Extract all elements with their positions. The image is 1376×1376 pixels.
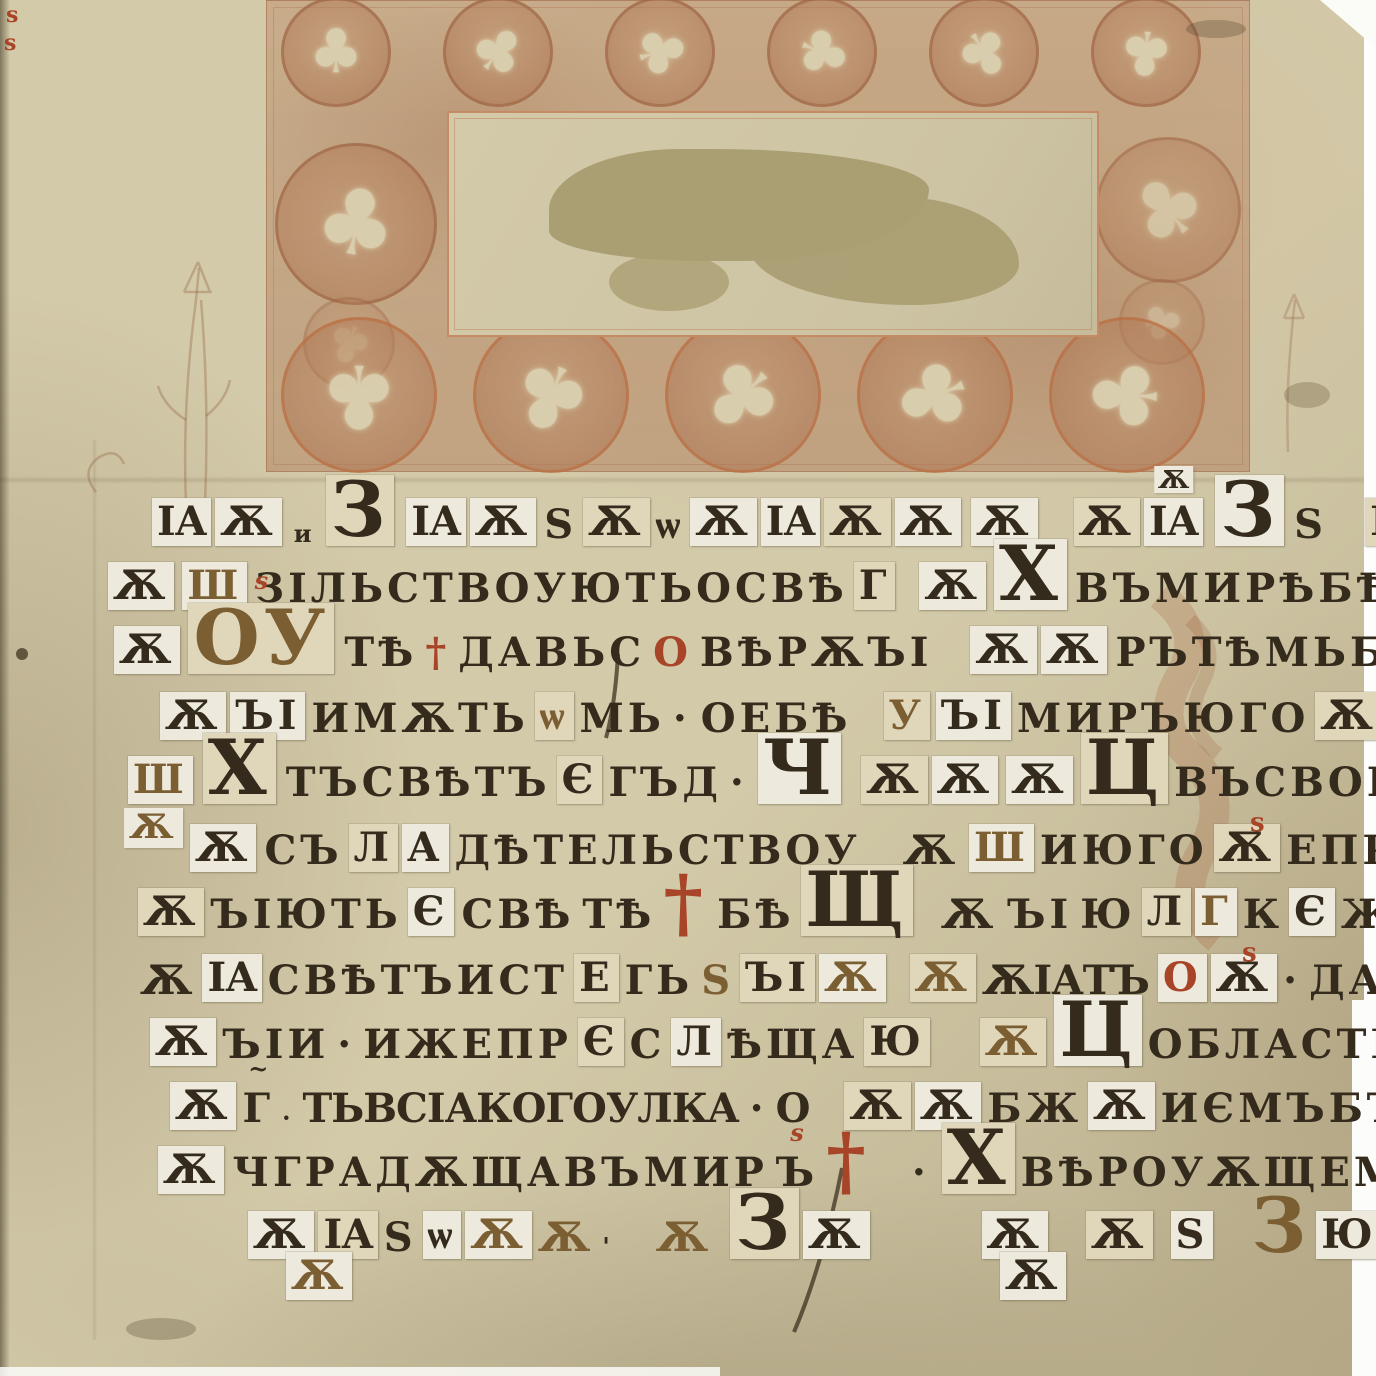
- text-segment: БѢ: [715, 894, 796, 936]
- text-segment: Л: [1142, 888, 1191, 936]
- text-segment: ': [600, 1234, 615, 1259]
- text-segment: Л: [671, 1018, 720, 1066]
- text-segment: ОУѕ: [188, 603, 334, 674]
- text-segment: ЖЕНХЪПРИ: [1339, 894, 1376, 936]
- erased-title-blotch: [609, 253, 729, 311]
- text-segment: Ѫ: [824, 498, 890, 546]
- red-scribal-mark: ѕ: [1248, 810, 1271, 837]
- text-segment: Ѫ: [803, 1211, 869, 1259]
- text-line: ѪОУѕТѢ†ДАВЬСОВѢРѪЪІѪѪРЪТѢМЬБЪІСТЬ·ИШ: [112, 620, 1376, 674]
- text-segment: ИЄМЪБЪІТ: [1159, 1088, 1376, 1130]
- text-segment: С: [628, 1024, 668, 1066]
- ornament-medallion: ♣: [605, 0, 715, 107]
- text-segment: Ѫ: [170, 1082, 236, 1130]
- text-segment: Ѫ: [895, 498, 961, 546]
- text-segment: А: [402, 824, 449, 872]
- trefoil-leaf-icon: ♣: [458, 12, 537, 92]
- text-line: ѪГ~·ТЬВСІАКОГОУЛКА·ОѪѪБЖѪИЄМЪБЪІТАГѪ: [168, 1076, 1376, 1130]
- text-segment: Ц: [1054, 995, 1141, 1066]
- text-segment: Є: [557, 756, 603, 804]
- text-segment: К: [1241, 894, 1285, 936]
- text-line: ѪІАЅѡѪѪ'ѪЗѪѪѪЅЗЮѪІАѪ: [246, 1205, 1376, 1259]
- ornament-medallion: ♣: [275, 143, 437, 305]
- trefoil-leaf-icon: ♣: [880, 343, 989, 447]
- text-segment: Г: [1195, 888, 1237, 936]
- text-segment: Ѫ: [150, 1018, 216, 1066]
- text-segment: ·: [910, 1152, 932, 1194]
- text-segment: Ѫ: [910, 954, 976, 1002]
- text-segment: ИМѪТЬ: [309, 698, 530, 740]
- text-segment: ѡ: [423, 1211, 462, 1259]
- text-segment: Ѫ: [138, 960, 198, 1002]
- text-segment: Є: [408, 888, 454, 936]
- text-segment: ОБЛАСТЬЧАД: [1146, 1024, 1376, 1066]
- text-segment: Е: [574, 954, 619, 1002]
- trefoil-leaf-icon: ♣: [945, 12, 1022, 91]
- red-scribal-mark: ѕ: [2, 32, 22, 55]
- text-segment: ІА: [202, 954, 261, 1002]
- superscript-letter: Ѫ: [1154, 466, 1194, 493]
- text-segment: Ѫ: [1088, 1082, 1154, 1130]
- text-segment: ЪІ: [1005, 894, 1074, 936]
- trefoil-leaf-icon: ♣: [320, 352, 398, 439]
- headpiece-ornament: ♣♣♣♣♣♣♣♣♣♣♣♣♣♣♣: [266, 0, 1250, 472]
- text-segment: Ѫ: [919, 562, 985, 610]
- right-margin-plant: [1284, 294, 1304, 452]
- text-segment: и: [292, 521, 318, 546]
- ornament-medallion: ♣: [443, 0, 553, 107]
- page-edge-left: [0, 0, 10, 1376]
- text-segment: Щ: [801, 865, 913, 936]
- text-segment: ТЪСВѢТЪ: [284, 762, 553, 804]
- text-segment: ·: [748, 1088, 770, 1130]
- text-segment: ВѢРОУѪЩЕМЪВЪ: [1019, 1152, 1376, 1194]
- text-line: ѪЪІЮТЬЄСВѢТѢ†БѢЩѪЪІЮЛГКЄЖЕНХЪПРИѡѪ: [136, 882, 1376, 936]
- text-segment: Ѕ: [382, 1217, 419, 1259]
- stray-letter: Ѫ: [286, 1252, 352, 1300]
- ornament-medallion: ♣: [929, 0, 1039, 107]
- text-segment: З: [730, 1188, 799, 1259]
- text-segment: ІА: [406, 498, 465, 546]
- text-segment: ·: [280, 1105, 296, 1130]
- text-segment: СЪ: [262, 830, 344, 872]
- ornament-medallion: ♣: [473, 317, 629, 473]
- text-segment: Г~: [240, 1088, 276, 1130]
- text-segment: З: [326, 475, 395, 546]
- ink-spot: [16, 648, 28, 660]
- left-margin-plant: [88, 262, 230, 505]
- ornament-medallion: ♣: [281, 317, 437, 473]
- text-segment: ІА: [761, 498, 820, 546]
- text-segment: Є: [578, 1018, 624, 1066]
- text-segment: Х: [942, 1123, 1015, 1194]
- text-segment: Х: [203, 733, 276, 804]
- crease: [92, 440, 97, 1340]
- title-panel: [447, 111, 1099, 337]
- text-segment: Ѫ: [819, 954, 885, 1002]
- text-segment: ШѪ: [128, 756, 193, 804]
- text-segment: ЪІИ: [220, 1024, 331, 1066]
- text-segment: Ѫ: [470, 498, 536, 546]
- text-segment: Ѫ: [690, 498, 756, 546]
- text-segment: ІА: [152, 498, 211, 546]
- red-breathing-mark: ѕ: [790, 1120, 804, 1145]
- ornament-medallion: ♣: [1095, 137, 1241, 283]
- text-segment: Ц: [1081, 733, 1168, 804]
- text-segment: ІАѪ: [1144, 498, 1203, 546]
- erased-title-blotch: [749, 197, 1019, 305]
- ornament-medallion: ♣: [281, 0, 391, 107]
- trefoil-leaf-icon: ♣: [1117, 20, 1176, 84]
- text-segment: ТѢ: [342, 632, 419, 674]
- text-segment: Ѫ: [1006, 756, 1072, 804]
- text-segment: Л: [349, 824, 398, 872]
- text-segment: ВЪМИРѢБѢ·ИМ: [1073, 568, 1376, 610]
- text-segment: МЬ: [578, 698, 667, 740]
- text-segment: ИЮГО: [1038, 830, 1210, 872]
- stacked-letter: Ѫ: [124, 808, 183, 848]
- text-segment: ·: [728, 762, 750, 804]
- text-line: ѪЪІИ·ИЖЕПРЄСЛѢЩАЮѪЦОБЛАСТЬЧАДЄМЪЪІѪ: [148, 1012, 1376, 1066]
- text-line: ІАѪиЗІАѪЅѪѡѪІАѪѪѪѪІАѪЗЅІАѪѪѡ·ІАѪѪѪ: [150, 492, 1376, 546]
- text-segment: ГЪД: [606, 762, 723, 804]
- text-segment: Г: [854, 562, 896, 610]
- text-segment: Ѫ: [465, 1211, 531, 1259]
- red-breathing-mark: ѕ: [255, 571, 269, 591]
- text-line: ѪСЪЛАДѢТЕЛЬСТВОУѪШИЮГОѪЕПРИІАША†ѕѪѪ: [188, 818, 1376, 872]
- text-segment: Х: [994, 539, 1067, 610]
- trefoil-leaf-icon: ♣: [498, 340, 604, 451]
- text-segment: Ѫ: [939, 894, 999, 936]
- text-segment: Ѫ: [1041, 626, 1107, 674]
- text-segment: Є: [1289, 888, 1335, 936]
- text-segment: ЧГРАДѪЩАВЪМИР: [230, 1152, 769, 1194]
- text-segment: ВѢРѪЪІ: [698, 632, 935, 674]
- text-segment: ѢЩА: [725, 1024, 861, 1066]
- text-line: ШѪХТЪСВѢТЪЄГЪД·ЧѪѪѪЦВЪСВОІАПРОДЕ·ИСВОѪ: [126, 750, 1376, 804]
- text-segment: ТЬВСІАКОГОУЛКА: [300, 1088, 743, 1130]
- text-segment: Ѕ: [1171, 1211, 1214, 1259]
- text-segment: ДАСТЬ: [1307, 960, 1376, 1002]
- text-segment: Ѫ: [1074, 498, 1140, 546]
- text-segment: Ѫ: [536, 1217, 596, 1259]
- manuscript-page: ♣♣♣♣♣♣♣♣♣♣♣♣♣♣♣ ІАѪиЗІАѪЅѪѡѪІАѪѪѪѪІАѪЗЅІ…: [0, 0, 1376, 1376]
- text-segment: З: [1249, 1194, 1312, 1259]
- trefoil-leaf-icon: ♣: [685, 337, 802, 454]
- text-segment: Ѫ: [932, 756, 998, 804]
- text-segment: ЪІ: [740, 954, 815, 1002]
- stray-letter: Ѫ: [1000, 1252, 1066, 1300]
- text-segment: Ѕ: [1292, 504, 1329, 546]
- trefoil-leaf-icon: ♣: [624, 18, 697, 86]
- text-segment: †: [824, 1129, 872, 1194]
- text-segment: ДАВЬС: [456, 632, 647, 674]
- ornament-medallion: ♣: [857, 317, 1013, 473]
- superscript-letter: ~: [248, 1056, 268, 1081]
- text-segment: О: [651, 632, 694, 674]
- trefoil-leaf-icon: ♣: [1114, 156, 1222, 265]
- ornament-medallion: ♣: [1091, 0, 1201, 107]
- text-segment: ѡ: [654, 504, 687, 546]
- text-segment: Ю: [864, 1018, 929, 1066]
- text-segment: ·: [671, 698, 693, 740]
- text-segment: ѡ: [535, 692, 574, 740]
- text-segment: Ю: [1078, 894, 1137, 936]
- text-segment: Ѫ: [980, 1018, 1046, 1066]
- text-segment: Ѫ: [158, 1146, 224, 1194]
- text-segment: У: [884, 692, 930, 740]
- trefoil-leaf-icon: ♣: [309, 22, 363, 82]
- text-line: ѪІАСВѢТЪИСТЕГЬЅЪІѪѪѪІАТЪОѪ·ДАСТЬУМЪОУ: [136, 948, 1376, 1002]
- text-segment: Ю: [1316, 1211, 1376, 1259]
- text-segment: ЪІ: [936, 692, 1011, 740]
- text-segment: СВѢТЪИСТ: [266, 960, 570, 1002]
- text-segment: Ѫ: [583, 498, 649, 546]
- text-segment: Ѫ: [190, 824, 256, 872]
- text-segment: ·: [1281, 960, 1303, 1002]
- text-segment: Ч: [758, 733, 841, 804]
- ornament-medallion: ♣: [1049, 317, 1205, 473]
- ornament-medallion: ♣: [665, 317, 821, 473]
- text-segment: О: [1158, 954, 1207, 1002]
- text-segment: ГЬ: [623, 960, 696, 1002]
- text-segment: Ѫ: [1315, 692, 1376, 740]
- ornament-medallion: ♣: [767, 0, 877, 107]
- text-segment: ЗІЛЬСТВОУЮТЬОСВѢ: [253, 568, 850, 610]
- smudge: [126, 1318, 196, 1340]
- red-scribal-mark: ѕ: [4, 4, 24, 27]
- text-segment: ЕПРИІАША: [1284, 830, 1376, 872]
- text-segment: Ѫ: [215, 498, 281, 546]
- text-segment: ІА: [1365, 498, 1376, 546]
- text-segment: ИЖЕПР: [361, 1024, 574, 1066]
- smudge: [1284, 382, 1330, 408]
- text-segment: Ѕ: [542, 504, 579, 546]
- text-segment: ·: [335, 1024, 357, 1066]
- trefoil-leaf-icon: ♣: [308, 173, 403, 276]
- text-segment: ВЪСВОІАПР: [1172, 762, 1376, 804]
- trefoil-leaf-icon: ♣: [784, 16, 859, 88]
- text-segment: Ѕ: [699, 960, 736, 1002]
- text-segment: Ѫ: [108, 562, 174, 610]
- text-segment: РЪТѢМЬБЪІСТЬ·И: [1113, 632, 1376, 674]
- text-segment: †: [661, 871, 709, 936]
- red-scribal-mark: ѕ: [1240, 940, 1263, 967]
- text-segment: СВѢ: [460, 894, 577, 936]
- trefoil-leaf-icon: ♣: [1082, 355, 1172, 436]
- text-segment: †: [423, 632, 452, 674]
- text-segment: Ш: [969, 824, 1034, 872]
- text-segment: Ѫ: [861, 756, 927, 804]
- text-segment: Ѫ: [654, 1217, 714, 1259]
- text-segment: ЪІЮТЬ: [208, 894, 403, 936]
- page-edge-bottom: [0, 1367, 720, 1376]
- text-segment: ТѢ: [580, 894, 657, 936]
- text-segment: З: [1215, 475, 1284, 546]
- text-segment: Ѫ: [970, 626, 1036, 674]
- text-segment: Ѫ: [114, 626, 180, 674]
- text-segment: Ѫ: [138, 888, 204, 936]
- text-segment: Ѫ: [1086, 1211, 1152, 1259]
